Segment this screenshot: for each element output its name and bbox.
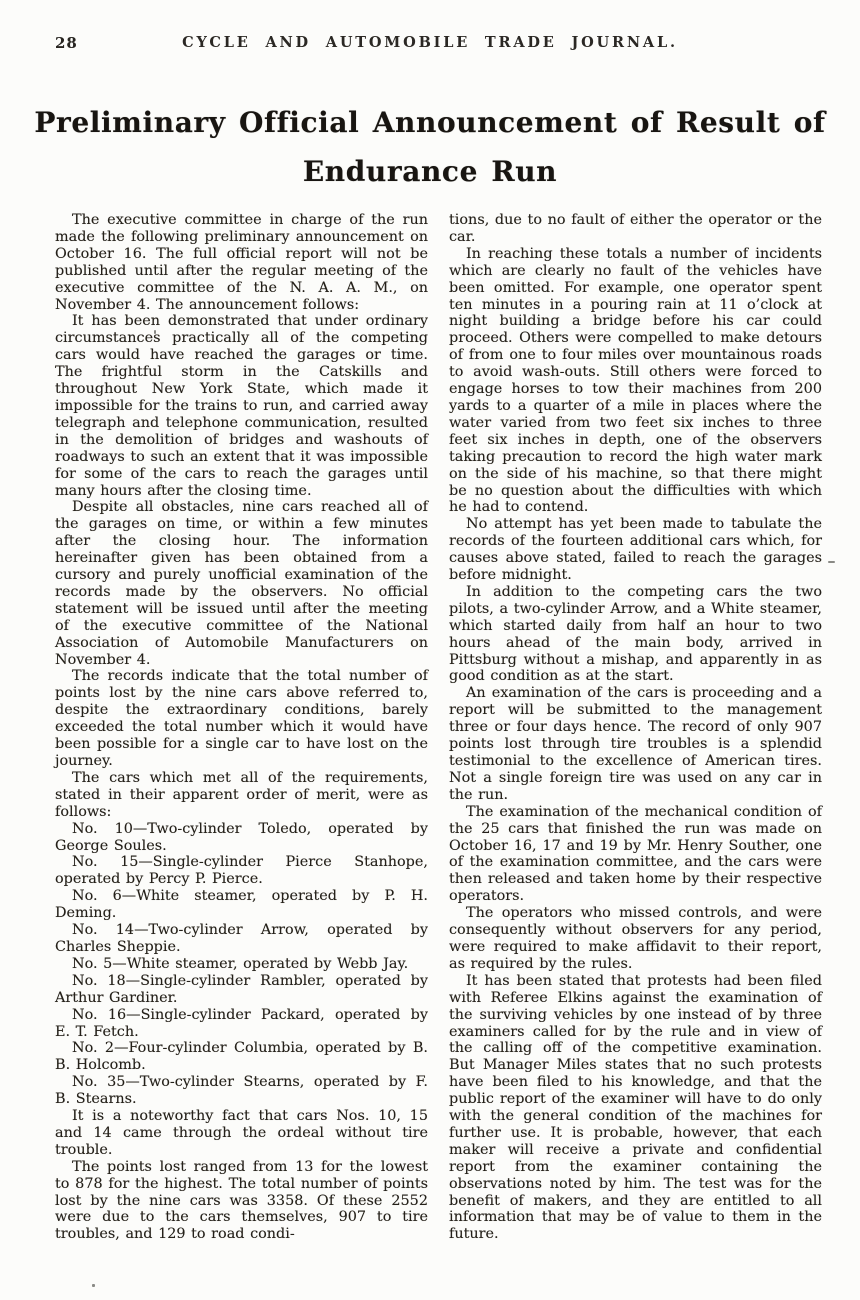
paragraph: Despite all obstacles, nine cars reached… — [55, 499, 428, 668]
paragraph: In reaching these totals a number of inc… — [449, 246, 822, 517]
car-list-item: No. 5—White steamer, operated by Webb Ja… — [55, 956, 428, 973]
paragraph: The examination of the mechanical condit… — [449, 804, 822, 905]
scan-speck — [828, 561, 835, 563]
right-column: tions, due to no fault of either the ope… — [449, 212, 822, 1243]
scan-speck — [92, 1284, 95, 1287]
paragraph: The records indicate that the total numb… — [55, 668, 428, 769]
left-column: The executive committee in charge of the… — [55, 212, 428, 1243]
paragraph: An examination of the cars is proceeding… — [449, 685, 822, 803]
paragraph: The cars which met all of the requiremen… — [55, 770, 428, 821]
car-list-item: No. 10—Two-cylinder Toledo, operated by … — [55, 821, 428, 855]
paragraph: The points lost ranged from 13 for the l… — [55, 1159, 428, 1244]
car-list-item: No. 16—Single-cylinder Packard, operated… — [55, 1007, 428, 1041]
article-title-line1: Preliminary Official Announcement of Res… — [0, 98, 860, 147]
paragraph: It is a noteworthy fact that cars Nos. 1… — [55, 1108, 428, 1159]
car-list-item: No. 15—Single-cylinder Pierce Stanhope, … — [55, 854, 428, 888]
scanned-journal-page: 28 CYCLE AND AUTOMOBILE TRADE JOURNAL. P… — [0, 0, 860, 1300]
continuation-paragraph: tions, due to no fault of either the ope… — [449, 212, 822, 246]
paragraph: The executive committee in charge of the… — [55, 212, 428, 313]
paragraph: It has been demonstrated that under ordi… — [55, 313, 428, 499]
article-title-line2: Endurance Run — [0, 147, 860, 196]
car-list-item: No. 35—Two-cylinder Stearns, operated by… — [55, 1074, 428, 1108]
scan-speck — [154, 330, 156, 334]
journal-masthead: CYCLE AND AUTOMOBILE TRADE JOURNAL. — [0, 34, 860, 51]
article-body: The executive committee in charge of the… — [0, 212, 860, 1243]
page-number: 28 — [55, 34, 78, 52]
article-title: Preliminary Official Announcement of Res… — [0, 98, 860, 196]
car-list-item: No. 18—Single-cylinder Rambler, operated… — [55, 973, 428, 1007]
paragraph: It has been stated that protests had bee… — [449, 973, 822, 1244]
car-list-item: No. 2—Four-cylinder Columbia, operated b… — [55, 1040, 428, 1074]
car-list-item: No. 6—White steamer, operated by P. H. D… — [55, 888, 428, 922]
scan-speck — [589, 351, 591, 353]
car-list-item: No. 14—Two-cylinder Arrow, operated by C… — [55, 922, 428, 956]
paragraph: In addition to the competing cars the tw… — [449, 584, 822, 685]
paragraph: The operators who missed controls, and w… — [449, 905, 822, 973]
page-header: 28 CYCLE AND AUTOMOBILE TRADE JOURNAL. — [0, 0, 860, 60]
paragraph: No attempt has yet been made to tabulate… — [449, 516, 822, 584]
